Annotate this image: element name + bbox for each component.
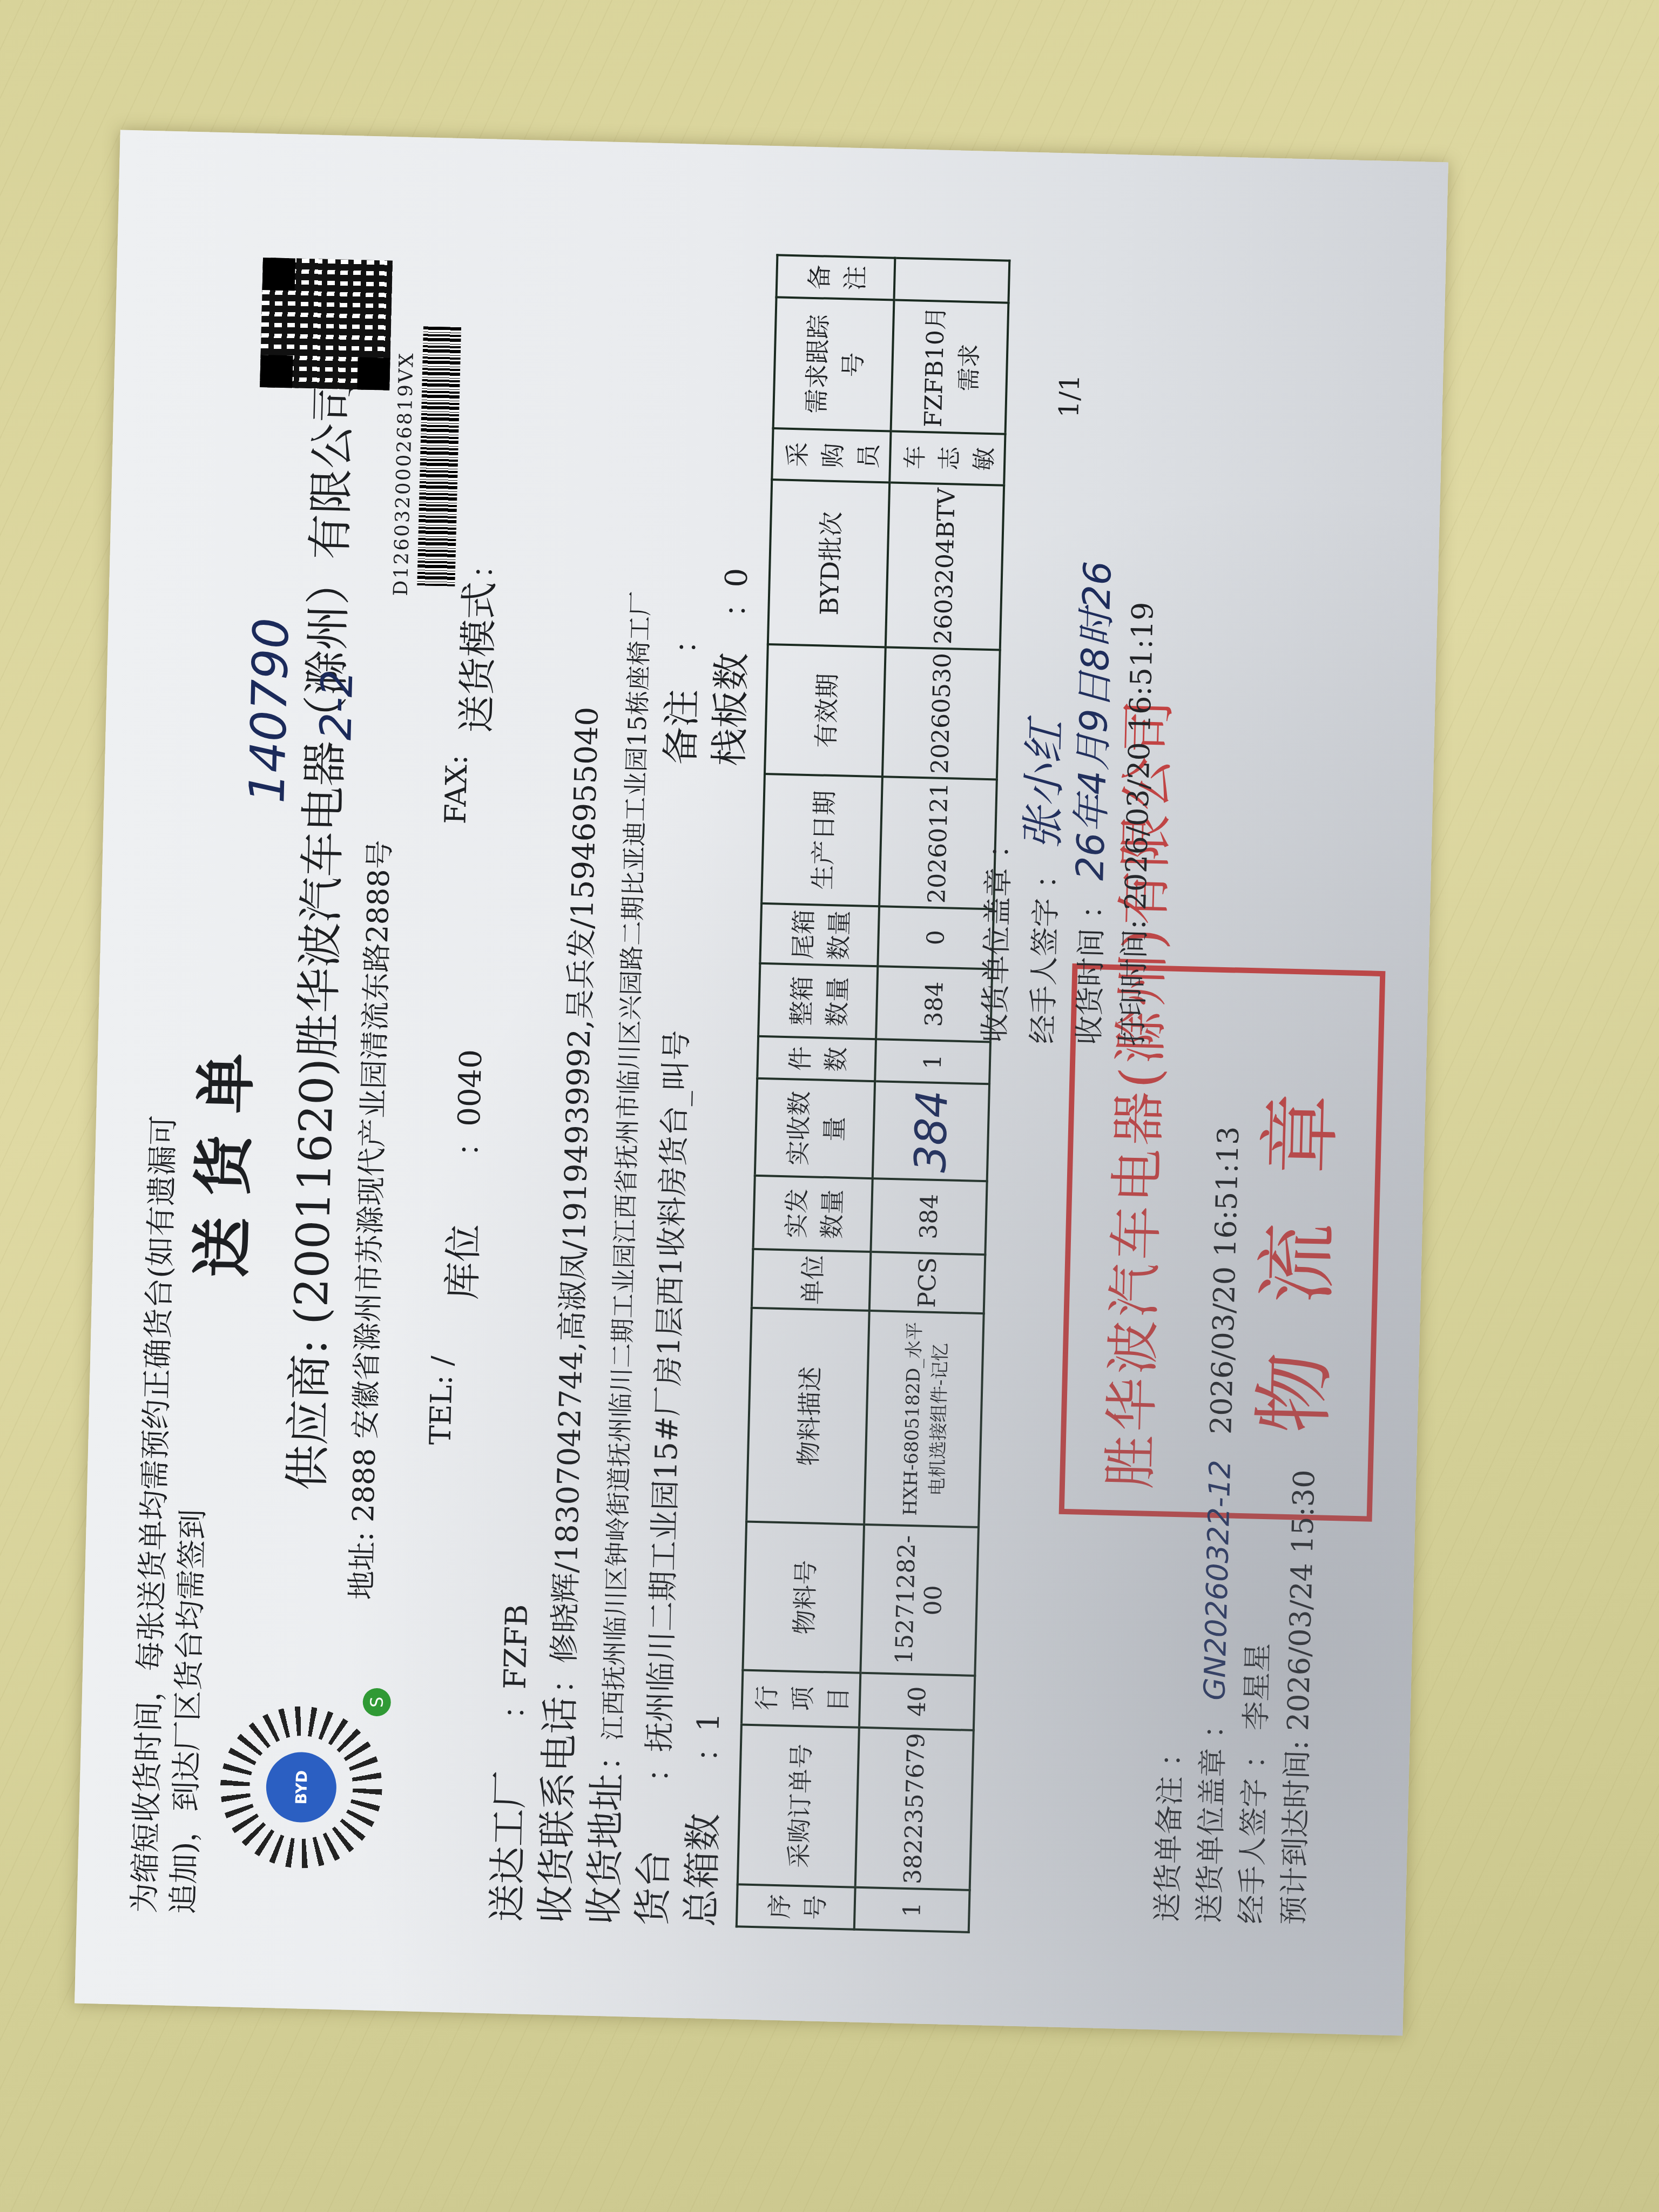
document-title: 送货单 (173, 1030, 266, 1279)
col-header: 实发数量 (753, 1176, 872, 1252)
handwritten-number: 140790 (239, 617, 300, 804)
col-header: 采购订单号 (738, 1724, 859, 1887)
col-header: 实收数量 (755, 1078, 875, 1178)
items-table: 序号 采购订单号 行项目 物料号 物料描述 单位 实发数量 实收数量 件数 整箱… (736, 254, 1011, 1933)
fields-block: 送达工厂 ：FZFB 库位 ：0040 送货模式 ： 收货联系电话 ：修晓辉/1… (476, 247, 517, 1921)
col-header: 采购员 (772, 428, 891, 482)
cell-po-number: 3822357679 (855, 1728, 974, 1890)
field-delivery-mode: 送货模式 ： (446, 548, 505, 733)
cell-received-qty: 384 (873, 1082, 989, 1182)
wechat-miniprogram-icon: S (362, 1688, 391, 1716)
cell-seq: 1 (854, 1887, 970, 1932)
fax-label: FAX: (439, 754, 474, 825)
cell-buyer: 车志敏 (889, 431, 1005, 485)
col-header: 件数 (757, 1036, 876, 1082)
address-label: 地址: (344, 1531, 380, 1600)
col-header: 序号 (737, 1884, 855, 1930)
barcode-text: D1260320002681​9VX (390, 352, 418, 596)
col-header: 需求跟踪号 (773, 298, 894, 431)
supplier-label: 供应商: (280, 1338, 337, 1491)
field-pallets: 栈板数 ：0 (699, 567, 758, 766)
cell-unit: PCS (869, 1252, 986, 1314)
page-number: 1/1 (1053, 374, 1085, 418)
col-header: 整箱数量 (758, 963, 878, 1040)
cell-remark (894, 258, 1009, 304)
fax-line: FAX: (439, 754, 474, 825)
col-header: 备注 (777, 255, 895, 300)
col-header: 行项目 (741, 1670, 860, 1727)
cell-line-item: 40 (859, 1673, 975, 1730)
tel-line: TEL: / (423, 1355, 459, 1445)
col-header: 尾箱数量 (760, 903, 879, 966)
col-header: BYD批次 (768, 480, 889, 648)
tel-value: / (425, 1355, 459, 1366)
col-header: 生产日期 (761, 774, 882, 906)
address-value: 2888 安徽省滁州市苏滁现代产业园清流东路2888号 (346, 839, 397, 1522)
qr-code-icon (260, 258, 393, 390)
receiver-block: 收货单位盖章 ： 经手人签字 ： 张小红 收货时间 ： 26年4月9日8时26 … (973, 558, 1166, 1047)
tel-label: TEL: (423, 1374, 458, 1445)
field-total-boxes: 总箱数 ：1 (671, 1712, 731, 1927)
col-header: 单位 (752, 1249, 871, 1311)
delivery-note: 为缩短收货时间，每张送货单均需预约正确货台(如有遗漏可追加)，到达厂区货台均需签… (75, 130, 1448, 2035)
field-location: 库位 ：0040 (432, 1049, 493, 1300)
cell-shipped-qty: 384 (871, 1178, 987, 1255)
cell-pieces: 1 (875, 1039, 990, 1084)
sender-block: 送货单备注 ： 送货单位盖章 ： GN20260322-12 2026/03/2… (1146, 1125, 1334, 1926)
handwritten-code: 2-2 (311, 669, 362, 741)
col-header: 物料描述 (746, 1308, 869, 1525)
cell-tracking-number: FZFB10月需求 (891, 300, 1009, 434)
col-header: 物料号 (743, 1522, 864, 1673)
col-header: 有效期 (765, 644, 886, 777)
barcode-icon (417, 326, 461, 586)
cell-material-number: 15271282-00 (860, 1525, 979, 1676)
cell-material-desc: HXH-6805182D_水平电机选接组件-记忆 (864, 1311, 984, 1527)
